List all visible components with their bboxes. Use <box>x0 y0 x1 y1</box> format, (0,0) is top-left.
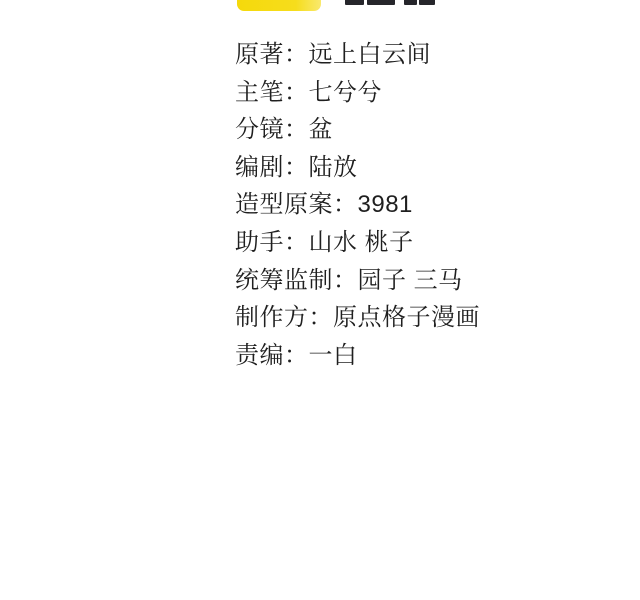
credit-value: 盆 <box>309 116 334 143</box>
logo-text-fragment <box>345 0 364 5</box>
credit-colon: ： <box>284 229 309 256</box>
credit-label: 主笔 <box>235 79 284 106</box>
credits-list: 原著：远上白云间 主笔：七兮兮 分镜：盆 编剧：陆放 造型原案：3981 助手：… <box>235 36 480 374</box>
credit-label: 造型原案 <box>235 191 333 218</box>
credit-value: 园子 三马 <box>358 267 463 294</box>
credit-value: 远上白云间 <box>309 41 432 68</box>
credit-label: 原著 <box>235 41 284 68</box>
credit-line-screenwriter: 编剧：陆放 <box>235 149 480 187</box>
credit-value: 陆放 <box>309 154 358 181</box>
credit-colon: ： <box>284 116 309 143</box>
credit-colon: ： <box>284 41 309 68</box>
credit-colon: ： <box>333 191 358 218</box>
credit-colon: ： <box>333 267 358 294</box>
credit-value: 原点格子漫画 <box>333 304 480 331</box>
logo-text-fragments <box>237 0 457 6</box>
credit-label: 制作方 <box>235 304 309 331</box>
credit-line-production-studio: 制作方：原点格子漫画 <box>235 299 480 337</box>
logo-text-fragment <box>367 0 395 5</box>
credit-line-storyboard: 分镜：盆 <box>235 111 480 149</box>
credit-label: 责编 <box>235 342 284 369</box>
credit-line-character-design: 造型原案：3981 <box>235 186 480 224</box>
credit-value: 山水 桃子 <box>309 229 414 256</box>
credit-value: 3981 <box>358 191 413 218</box>
credit-colon: ： <box>309 304 334 331</box>
credit-value: 一白 <box>309 342 358 369</box>
credit-label: 统筹监制 <box>235 267 333 294</box>
credit-line-lead-artist: 主笔：七兮兮 <box>235 74 480 112</box>
credit-value: 七兮兮 <box>309 79 383 106</box>
logo-text-fragment <box>404 0 417 5</box>
credit-label: 分镜 <box>235 116 284 143</box>
credit-line-supervision: 统筹监制：园子 三马 <box>235 262 480 300</box>
credit-line-original-work: 原著：远上白云间 <box>235 36 480 74</box>
credit-colon: ： <box>284 154 309 181</box>
credit-label: 助手 <box>235 229 284 256</box>
credit-colon: ： <box>284 79 309 106</box>
logo-text-fragment <box>419 0 435 5</box>
publisher-logo <box>237 0 457 12</box>
credit-label: 编剧 <box>235 154 284 181</box>
credit-colon: ： <box>284 342 309 369</box>
credit-line-assistants: 助手：山水 桃子 <box>235 224 480 262</box>
credit-line-editor: 责编：一白 <box>235 337 480 375</box>
